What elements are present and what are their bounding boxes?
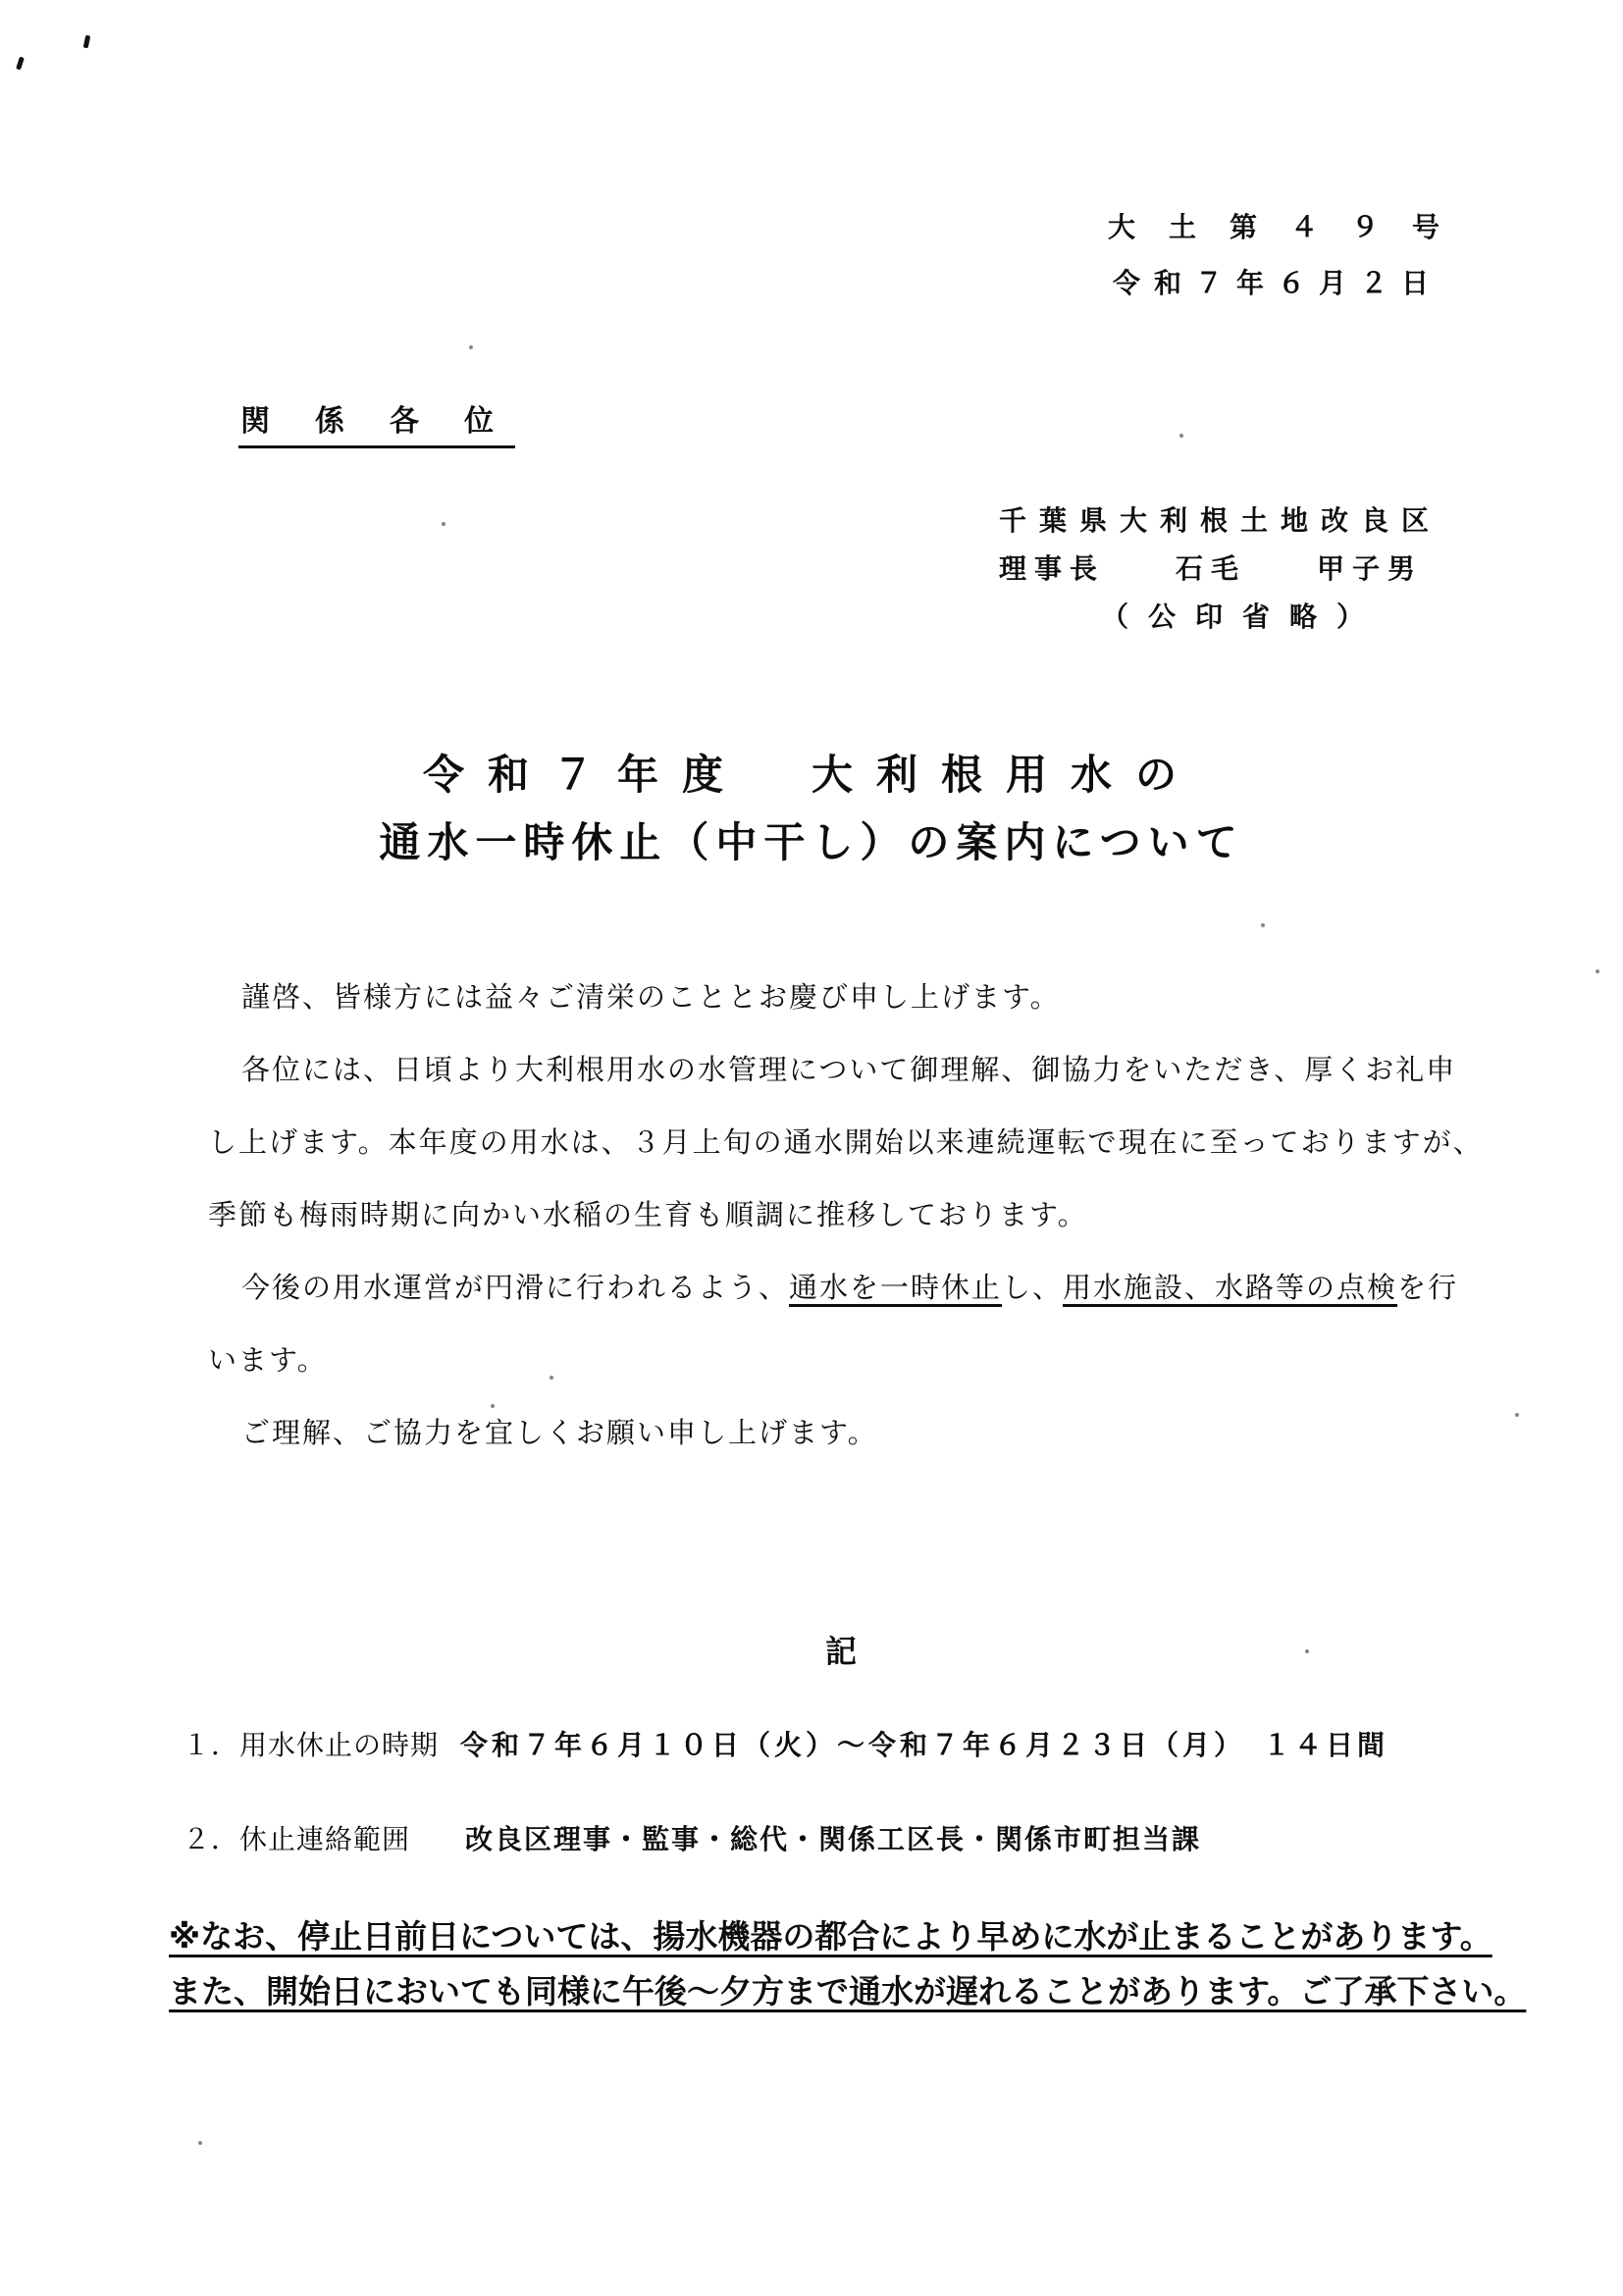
body-line: し上げます。本年度の用水は、３月上旬の通水開始以来連続運転で現在に至っております… xyxy=(208,1107,1523,1179)
body-text-segment: を行 xyxy=(1397,1273,1458,1304)
addressee: 関 係 各 位 xyxy=(238,396,515,448)
document-title-line1: 令和７年度 大利根用水の xyxy=(0,741,1623,809)
sender-organization: 千葉県大利根土地改良区 xyxy=(999,496,1441,545)
document-date: 令和７年６月２日 xyxy=(1108,255,1442,311)
note-line: また、開始日においても同様に午後～夕方まで通水が遅れることがあります。ご了承下さ… xyxy=(169,1964,1562,2019)
underlined-text-segment: 通水を一時休止 xyxy=(789,1273,1002,1304)
body-text: 謹啓、皆様方には益々ご清栄のこととお慶び申し上げます。 各位には、日頃より大利根… xyxy=(208,962,1523,1470)
scan-artifact-dot xyxy=(442,522,445,526)
document-title-line2: 通水一時休止（中干し）の案内について xyxy=(0,809,1623,876)
document-title: 令和７年度 大利根用水の 通水一時休止（中干し）の案内について xyxy=(0,741,1623,876)
body-line: 今後の用水運営が円滑に行われるよう、通水を一時休止し、用水施設、水路等の点検を行 xyxy=(208,1252,1523,1325)
body-line: 謹啓、皆様方には益々ご清栄のこととお慶び申し上げます。 xyxy=(208,962,1523,1034)
item-value: 令和７年６月１０日（火）～令和７年６月２３日（月） １４日間 xyxy=(460,1730,1388,1760)
addressee-text: 関 係 各 位 xyxy=(238,396,515,448)
scan-artifact-dot xyxy=(1596,969,1599,973)
item-label: ２．休止連絡範囲 xyxy=(183,1824,410,1854)
body-text-segment: 今後の用水運営が円滑に行われるよう、 xyxy=(241,1273,789,1304)
scan-artifact-dot xyxy=(1261,923,1265,927)
document-number: 大 土 第 ４ ９ 号 xyxy=(1108,199,1442,255)
list-item-notification-scope: ２．休止連絡範囲改良区理事・監事・総代・関係工区長・関係市町担当課 xyxy=(183,1818,1201,1857)
scan-artifact-dot xyxy=(1179,434,1183,438)
scan-artifact-mark xyxy=(16,57,25,71)
underlined-text-segment: 用水施設、水路等の点検 xyxy=(1063,1273,1397,1304)
scan-artifact-dot xyxy=(469,345,473,349)
scan-artifact-mark xyxy=(83,35,91,49)
sender-name: 理事長 石毛 甲子男 xyxy=(999,545,1441,593)
body-line: 各位には、日頃より大利根用水の水管理について御理解、御協力をいただき、厚くお礼申 xyxy=(208,1034,1523,1107)
list-item-suspension-period: １．用水休止の時期令和７年６月１０日（火）～令和７年６月２３日（月） １４日間 xyxy=(183,1724,1388,1763)
scan-artifact-dot xyxy=(198,2141,202,2145)
body-line: ご理解、ご協力を宜しくお願い申し上げます。 xyxy=(208,1397,1523,1470)
document-header-meta: 大 土 第 ４ ９ 号 令和７年６月２日 xyxy=(1108,199,1442,311)
record-marker: 記 xyxy=(0,1627,1623,1672)
body-line: 季節も梅雨時期に向かい水稲の生育も順調に推移しております。 xyxy=(208,1179,1523,1252)
note-line: ※なお、停止日前日については、揚水機器の都合により早めに水が止まることがあります… xyxy=(169,1909,1562,1964)
sender-block: 千葉県大利根土地改良区 理事長 石毛 甲子男 （公印省略） xyxy=(999,496,1441,641)
item-label: １．用水休止の時期 xyxy=(183,1730,439,1760)
item-value: 改良区理事・監事・総代・関係工区長・関係市町担当課 xyxy=(465,1824,1201,1854)
note-block: ※なお、停止日前日については、揚水機器の都合により早めに水が止まることがあります… xyxy=(169,1909,1562,2019)
body-line: います。 xyxy=(208,1325,1523,1397)
sender-seal-note: （公印省略） xyxy=(999,593,1441,641)
document-page: 大 土 第 ４ ９ 号 令和７年６月２日 関 係 各 位 千葉県大利根土地改良区… xyxy=(0,0,1623,2296)
body-text-segment: し、 xyxy=(1002,1273,1063,1304)
